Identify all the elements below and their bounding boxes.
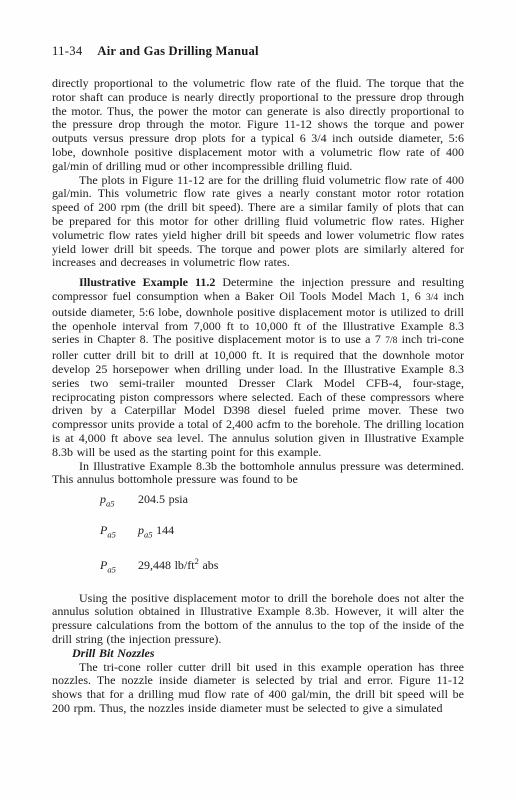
paragraph-using-motor: Using the positive displacement motor to…	[52, 592, 464, 647]
equation-value: 29,448 lb/ft2 abs	[138, 555, 218, 573]
paragraph-example: Illustrative Example 11.2 Determine the …	[52, 276, 464, 459]
body-text: directly proportional to the volumetric …	[52, 77, 464, 716]
value-factor: 144	[153, 523, 175, 537]
equation-variable: Pa5	[100, 559, 138, 577]
section-heading-drill-bit-nozzles: Drill Bit Nozzles	[72, 647, 464, 661]
equation-value: 204.5 psia	[138, 493, 188, 507]
value-abs-label: abs	[199, 558, 219, 572]
equation-pa5-conversion: Pa5 pa5 144	[100, 524, 464, 542]
paragraph-nozzles: The tri-cone roller cutter drill bit use…	[52, 661, 464, 716]
equation-block: pa5 204.5 psia Pa5 pa5 144 Pa5 29,448 lb…	[52, 493, 464, 578]
paragraph-intro: directly proportional to the volumetric …	[52, 77, 464, 174]
variable-subscript: a5	[107, 565, 116, 575]
paragraph-bottomhole: In Illustrative Example 8.3b the bottomh…	[52, 460, 464, 488]
page-content: 11-34 Air and Gas Drilling Manual direct…	[52, 44, 464, 716]
equation-value: pa5 144	[138, 524, 174, 542]
variable-subscript: a5	[107, 530, 116, 540]
value-subscript: a5	[144, 530, 153, 540]
equation-variable: pa5	[100, 493, 138, 511]
example-label: Illustrative Example 11.2	[79, 275, 215, 289]
equation-variable: Pa5	[100, 524, 138, 542]
page-number: 11-34	[52, 44, 82, 58]
value-number-units: 29,448 lb/ft	[138, 558, 195, 572]
document-page: 11-34 Air and Gas Drilling Manual direct…	[0, 0, 516, 800]
example-text-c: inch tri-cone roller cutter drill bit to…	[52, 332, 464, 458]
equation-pa5-psia: pa5 204.5 psia	[100, 493, 464, 511]
variable-subscript: a5	[106, 499, 115, 509]
running-header: 11-34 Air and Gas Drilling Manual	[52, 44, 464, 58]
paragraph-plots: The plots in Figure 11-12 are for the dr…	[52, 174, 464, 271]
book-title: Air and Gas Drilling Manual	[97, 44, 258, 58]
equation-pa5-lbft2: Pa5 29,448 lb/ft2 abs	[100, 555, 464, 577]
fraction-three-quarters: 3/4	[426, 293, 438, 303]
fraction-seven-eighths: 7/8	[385, 336, 397, 346]
